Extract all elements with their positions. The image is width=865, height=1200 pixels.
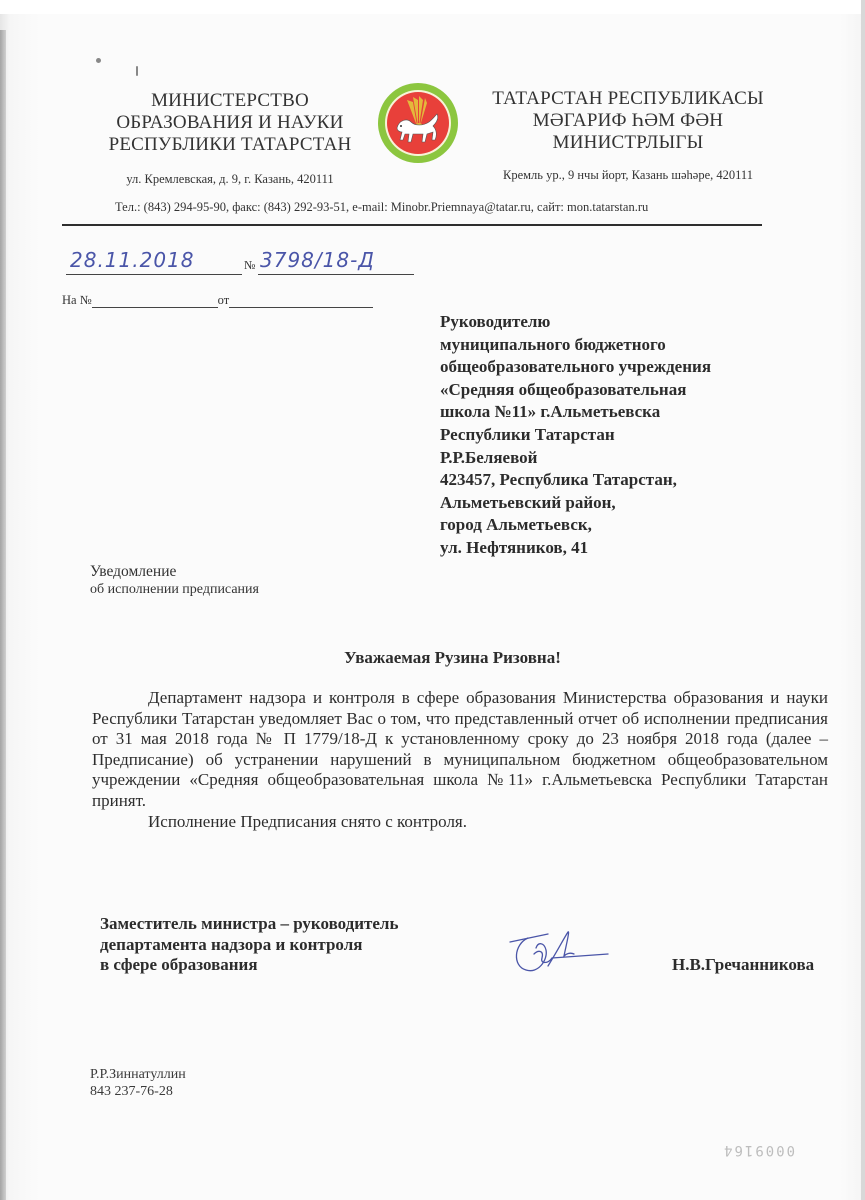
from-blank xyxy=(229,294,373,308)
signatory-title-line: департамента надзора и контроля xyxy=(100,935,398,956)
addressee-line: ул. Нефтяников, 41 xyxy=(440,537,711,560)
registration-number-field: 3798/18-Д xyxy=(258,248,414,275)
reply-to-blank xyxy=(92,294,218,308)
scan-left-shadow xyxy=(0,30,6,1200)
header-address: Кремль ур., 9 нчы йорт, Казань шәһәре, 4… xyxy=(478,168,778,183)
registration-number-label: № xyxy=(244,258,255,273)
signatory-title-line: в сфере образования xyxy=(100,955,398,976)
subject-line: Уведомление xyxy=(90,563,259,581)
header-title-line: МИНИСТЕРСТВО xyxy=(80,90,380,112)
header-address: ул. Кремлевская, д. 9, г. Казань, 420111 xyxy=(80,172,380,187)
signatory-title: Заместитель министра – руководитель депа… xyxy=(100,914,398,976)
addressee-line: «Средняя общеобразовательная xyxy=(440,379,711,402)
body-paragraph: Исполнение Предписания снято с контроля. xyxy=(92,812,828,833)
coat-of-arms-icon xyxy=(377,82,459,164)
body-paragraph: Департамент надзора и контроля в сфере о… xyxy=(92,688,828,812)
addressee-line: 423457, Республика Татарстан, xyxy=(440,469,711,492)
registration-date-field: 28.11.2018 xyxy=(66,248,242,275)
addressee-line: Республики Татарстан xyxy=(440,424,711,447)
subject-line: об исполнении предписания xyxy=(90,581,259,599)
addressee-line: город Альметьевск, xyxy=(440,514,711,537)
addressee-line: Р.Р.Беляевой xyxy=(440,447,711,470)
header-ministry-russian: МИНИСТЕРСТВО ОБРАЗОВАНИЯ И НАУКИ РЕСПУБЛ… xyxy=(80,90,380,187)
header-divider xyxy=(62,224,762,226)
subject-block: Уведомление об исполнении предписания xyxy=(90,563,259,599)
addressee-line: общеобразовательного учреждения xyxy=(440,356,711,379)
addressee-block: Руководителю муниципального бюджетного о… xyxy=(440,311,711,560)
header-title-line: МӘГАРИФ ҺӘМ ФӘН xyxy=(478,110,778,132)
scan-speck xyxy=(96,58,101,63)
contacts-line: Тел.: (843) 294-95-90, факс: (843) 292-9… xyxy=(115,200,648,215)
signatory-title-line: Заместитель министра – руководитель xyxy=(100,914,398,935)
header-title-line: ОБРАЗОВАНИЯ И НАУКИ xyxy=(80,112,380,134)
addressee-line: Руководителю xyxy=(440,311,711,334)
executor-name: Р.Р.Зиннатуллин xyxy=(90,1066,186,1083)
addressee-line: муниципального бюджетного xyxy=(440,334,711,357)
letter-body: Департамент надзора и контроля в сфере о… xyxy=(92,688,828,832)
scan-right-edge xyxy=(861,0,865,1200)
header-ministry-tatar: ТАТАРСТАН РЕСПУБЛИКАСЫ МӘГАРИФ ҺӘМ ФӘН М… xyxy=(478,88,778,183)
handwritten-signature-icon xyxy=(508,920,618,976)
reply-to-label: На № xyxy=(62,293,92,308)
addressee-line: Альметьевский район, xyxy=(440,492,711,515)
from-label: от xyxy=(218,293,230,308)
header-title-line: РЕСПУБЛИКИ ТАТАРСТАН xyxy=(80,134,380,156)
registration-date: 28.11.2018 xyxy=(70,248,195,272)
reply-reference-row: На № от xyxy=(62,293,373,308)
executor-phone: 843 237-76-28 xyxy=(90,1083,186,1100)
scan-speck xyxy=(136,66,138,76)
signatory-name: Н.В.Гречанникова xyxy=(672,955,814,975)
serial-stamp: 0009164 xyxy=(722,1142,795,1158)
addressee-line: школа №11» г.Альметьевска xyxy=(440,401,711,424)
header-title-line: МИНИСТРЛЫГЫ xyxy=(478,132,778,154)
executor-block: Р.Р.Зиннатуллин 843 237-76-28 xyxy=(90,1066,186,1100)
salutation: Уважаемая Рузина Ризовна! xyxy=(0,648,865,668)
header-title-line: ТАТАРСТАН РЕСПУБЛИКАСЫ xyxy=(478,88,778,110)
scan-top-margin xyxy=(0,0,865,14)
registration-number: 3798/18-Д xyxy=(260,248,375,272)
